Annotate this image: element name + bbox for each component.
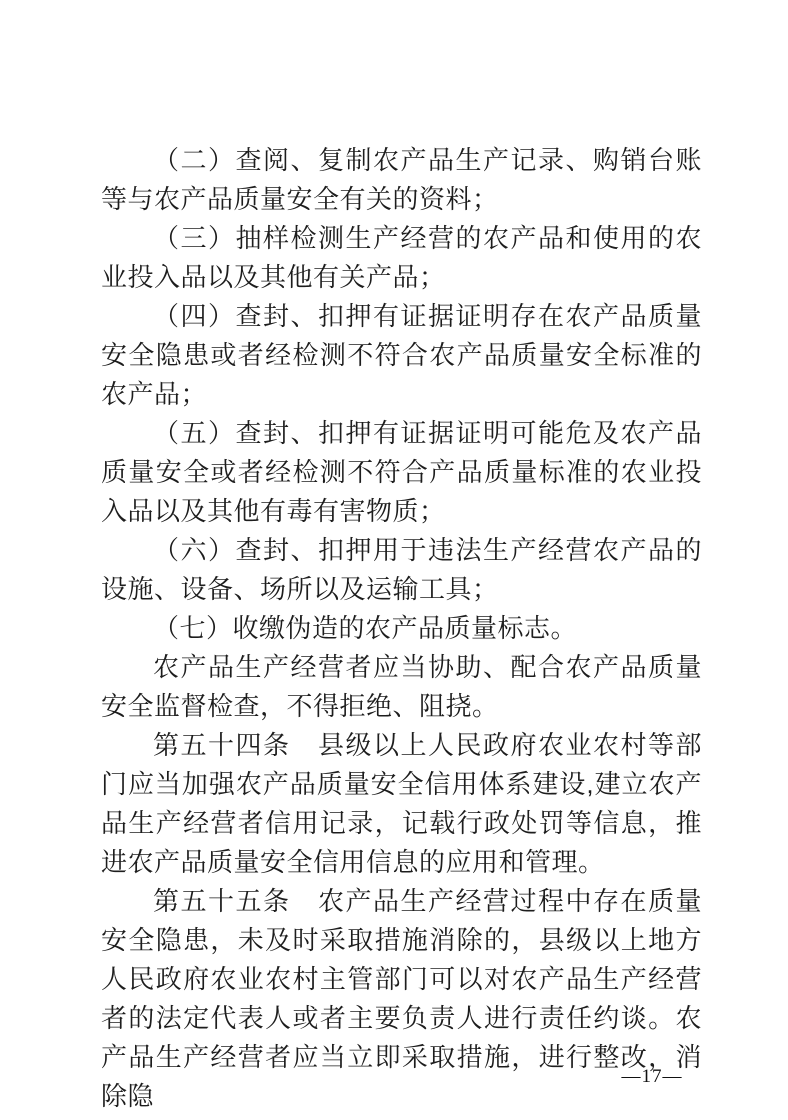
- paragraph-cooperation: 农产品生产经营者应当协助、配合农产品质量安全监督检查，不得拒绝、阻挠。: [101, 648, 702, 726]
- page-number: —17—: [612, 1066, 692, 1088]
- paragraph-clause-2: （二）查阅、复制农产品生产记录、购销台账等与农产品质量安全有关的资料；: [101, 141, 702, 219]
- paragraph-clause-7: （七）收缴伪造的农产品质量标志。: [101, 609, 702, 648]
- document-body: （二）查阅、复制农产品生产记录、购销台账等与农产品质量安全有关的资料； （三）抽…: [101, 141, 702, 1116]
- paragraph-article-54: 第五十四条 县级以上人民政府农业农村等部门应当加强农产品质量安全信用体系建设,建…: [101, 726, 702, 882]
- paragraph-clause-3: （三）抽样检测生产经营的农产品和使用的农业投入品以及其他有关产品；: [101, 219, 702, 297]
- document-page: （二）查阅、复制农产品生产记录、购销台账等与农产品质量安全有关的资料； （三）抽…: [0, 0, 788, 1120]
- paragraph-clause-6: （六）查封、扣押用于违法生产经营农产品的设施、设备、场所以及运输工具；: [101, 531, 702, 609]
- paragraph-clause-5: （五）查封、扣押有证据证明可能危及农产品质量安全或者经检测不符合产品质量标准的农…: [101, 414, 702, 531]
- paragraph-clause-4: （四）查封、扣押有证据证明存在农产品质量安全隐患或者经检测不符合农产品质量安全标…: [101, 297, 702, 414]
